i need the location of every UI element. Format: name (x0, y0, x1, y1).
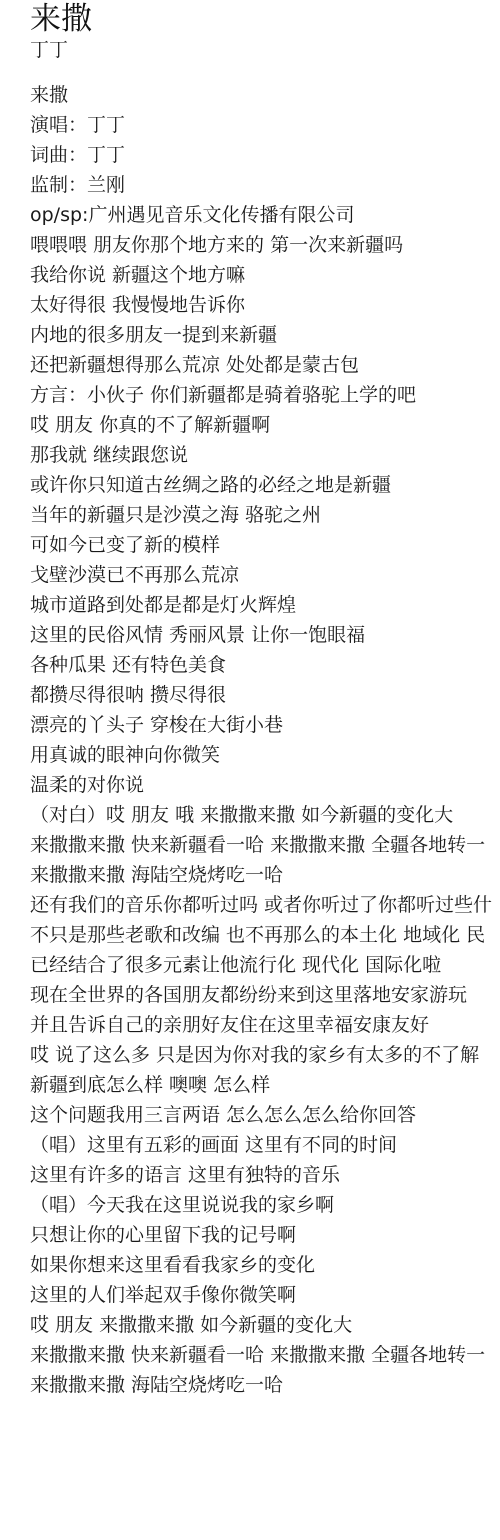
lyric-line: 这里有许多的语言 这里有独特的音乐 (30, 1160, 492, 1190)
lyric-line: 来撒撒来撒 快来新疆看一哈 来撒撒来撒 全疆各地转一 (30, 830, 492, 860)
lyric-line: 演唱：丁丁 (30, 110, 492, 140)
lyric-line: 太好得很 我慢慢地告诉你 (30, 290, 492, 320)
lyric-line: 来撒撒来撒 快来新疆看一哈 来撒撒来撒 全疆各地转一 (30, 1340, 492, 1370)
lyric-line: 或许你只知道古丝绸之路的必经之地是新疆 (30, 470, 492, 500)
lyric-line: 各种瓜果 还有特色美食 (30, 650, 492, 680)
lyric-line: 我给你说 新疆这个地方嘛 (30, 260, 492, 290)
lyric-line: 来撒撒来撒 海陆空烧烤吃一哈 (30, 1370, 492, 1400)
lyric-line: 哎 朋友 你真的不了解新疆啊 (30, 410, 492, 440)
lyric-line: 温柔的对你说 (30, 770, 492, 800)
lyric-line: 新疆到底怎么样 噢噢 怎么样 (30, 1070, 492, 1100)
lyric-line: 并且告诉自己的亲朋好友住在这里幸福安康友好 (30, 1010, 492, 1040)
lyric-line: 来撒 (30, 80, 492, 110)
lyric-line: 漂亮的丫头子 穿梭在大街小巷 (30, 710, 492, 740)
lyric-line: op/sp:广州遇见音乐文化传播有限公司 (30, 200, 492, 230)
lyric-line: 词曲：丁丁 (30, 140, 492, 170)
lyric-line: 内地的很多朋友一提到来新疆 (30, 320, 492, 350)
lyric-line: 如果你想来这里看看我家乡的变化 (30, 1250, 492, 1280)
lyric-line: 哎 朋友 来撒撒来撒 如今新疆的变化大 (30, 1310, 492, 1340)
lyric-line: 哎 说了这么多 只是因为你对我的家乡有太多的不了解 (30, 1040, 492, 1070)
lyric-line: 方言：小伙子 你们新疆都是骑着骆驼上学的吧 (30, 380, 492, 410)
lyric-line: 这个问题我用三言两语 怎么怎么怎么给你回答 (30, 1100, 492, 1130)
song-artist: 丁丁 (30, 38, 492, 62)
lyric-line: 现在全世界的各国朋友都纷纷来到这里落地安家游玩 (30, 980, 492, 1010)
lyric-line: 这里的民俗风情 秀丽风景 让你一饱眼福 (30, 620, 492, 650)
lyric-line: 用真诚的眼神向你微笑 (30, 740, 492, 770)
lyric-line: 都攒尽得很呐 攒尽得很 (30, 680, 492, 710)
lyric-line: （对白）哎 朋友 哦 来撒撒来撒 如今新疆的变化大 (30, 800, 492, 830)
lyric-line: 不只是那些老歌和改编 也不再那么的本土化 地域化 民 (30, 920, 492, 950)
lyric-line: 监制：兰刚 (30, 170, 492, 200)
lyric-line: 戈壁沙漠已不再那么荒凉 (30, 560, 492, 590)
lyric-line: 这里的人们举起双手像你微笑啊 (30, 1280, 492, 1310)
lyric-line: （唱）今天我在这里说说我的家乡啊 (30, 1190, 492, 1220)
lyric-line: 喂喂喂 朋友你那个地方来的 第一次来新疆吗 (30, 230, 492, 260)
lyric-line: 那我就 继续跟您说 (30, 440, 492, 470)
lyric-line: 当年的新疆只是沙漠之海 骆驼之州 (30, 500, 492, 530)
lyric-line: 还有我们的音乐你都听过吗 或者你听过了你都听过些什 (30, 890, 492, 920)
lyric-line: 只想让你的心里留下我的记号啊 (30, 1220, 492, 1250)
lyrics-list: 来撒 演唱：丁丁 词曲：丁丁 监制：兰刚 op/sp:广州遇见音乐文化传播有限公… (30, 80, 492, 1400)
lyric-line: 可如今已变了新的模样 (30, 530, 492, 560)
lyric-line: （唱）这里有五彩的画面 这里有不同的时间 (30, 1130, 492, 1160)
lyric-line: 城市道路到处都是都是灯火辉煌 (30, 590, 492, 620)
song-title: 来撒 (30, 0, 492, 38)
lyric-line: 来撒撒来撒 海陆空烧烤吃一哈 (30, 860, 492, 890)
lyrics-page: 来撒 丁丁 来撒 演唱：丁丁 词曲：丁丁 监制：兰刚 op/sp:广州遇见音乐文… (30, 0, 492, 1400)
lyric-line: 还把新疆想得那么荒凉 处处都是蒙古包 (30, 350, 492, 380)
lyric-line: 已经结合了很多元素让他流行化 现代化 国际化啦 (30, 950, 492, 980)
